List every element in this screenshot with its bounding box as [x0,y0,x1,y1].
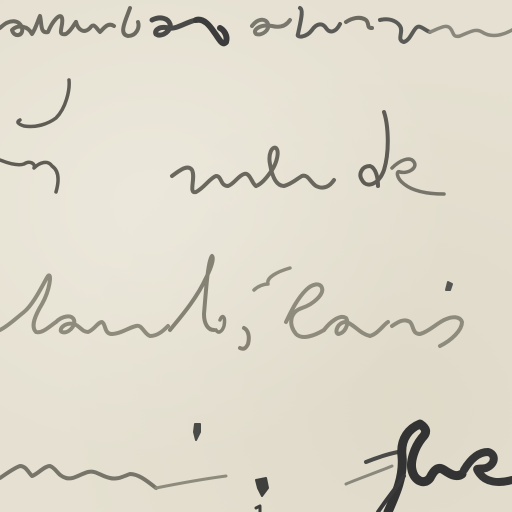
handwriting-line-1 [0,8,512,43]
handwriting-line-2 [0,80,444,194]
manuscript-page: albus obscu ur valde laudis, loris rrni … [0,0,512,512]
handwriting-strokes [0,0,512,512]
handwriting-line-3 [0,256,462,349]
handwriting-line-4 [0,424,512,512]
